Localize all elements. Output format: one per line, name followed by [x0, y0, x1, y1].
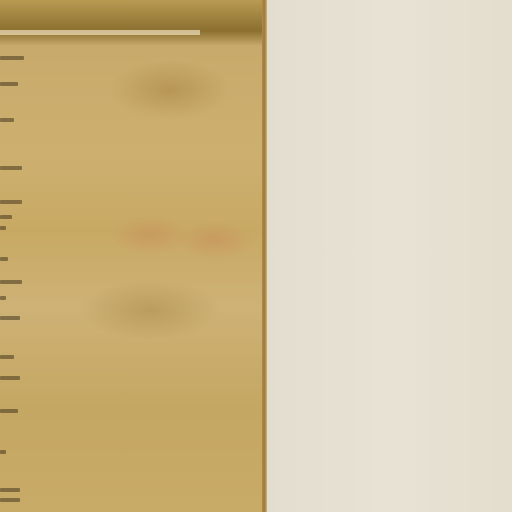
faint-text-line [0, 316, 20, 320]
faint-text-line [0, 355, 14, 359]
faint-text-line [0, 200, 22, 204]
faint-text-line [0, 498, 20, 502]
frayed-edge [262, 0, 267, 512]
faint-text-line [0, 409, 18, 413]
faint-text-line [0, 215, 12, 219]
faint-text-line [0, 226, 6, 230]
faint-text-line [0, 118, 14, 122]
faint-text-line [0, 488, 20, 492]
faint-text-line [0, 296, 6, 300]
faint-text-line [0, 56, 24, 60]
faint-text-line [0, 257, 8, 261]
cream-backdrop [264, 0, 512, 512]
faint-text-line [0, 82, 18, 86]
light-fold-band [0, 30, 200, 35]
faint-text-line [0, 166, 22, 170]
faint-text-line [0, 376, 20, 380]
faint-text-line [0, 280, 22, 284]
aged-document-fragment [0, 0, 266, 512]
faint-text-line [0, 450, 6, 454]
photo-scene [0, 0, 512, 512]
